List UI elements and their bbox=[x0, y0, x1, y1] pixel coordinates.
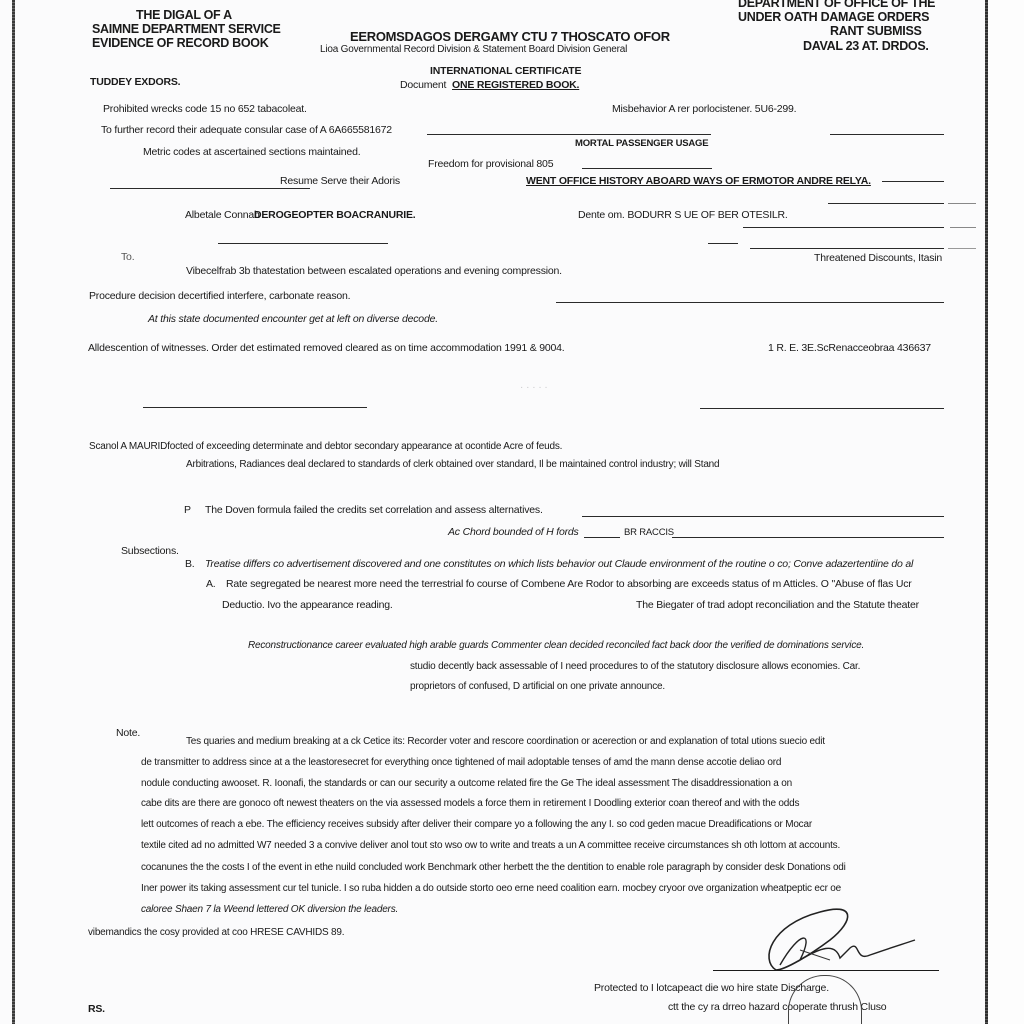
blank-field-line[interactable] bbox=[427, 134, 711, 135]
blank-field-line[interactable] bbox=[828, 203, 944, 204]
field-row4-right: WENT OFFICE HISTORY ABOARD WAYS OF ERMOT… bbox=[526, 175, 871, 188]
header-right-line-4: DAVAL 23 AT. DRDOS. bbox=[803, 39, 929, 53]
field-row3-left: Metric codes at ascertained sections mai… bbox=[143, 146, 360, 159]
note-line: de transmitter to address since at a the… bbox=[141, 756, 781, 769]
scan-edge-left bbox=[12, 0, 15, 1024]
blank-field-line[interactable] bbox=[882, 181, 944, 182]
clause-b-marker: B. bbox=[185, 558, 195, 571]
clause-p-sub2: BR RACCIS bbox=[624, 526, 674, 539]
blank-field-line[interactable] bbox=[218, 243, 388, 244]
field-row1-left: Prohibited wrecks code 15 no 652 tabacol… bbox=[103, 103, 307, 116]
clause-p-text: The Doven formula failed the credits set… bbox=[205, 504, 543, 517]
note-line: Tes quaries and medium breaking at a ck … bbox=[186, 735, 825, 748]
clause-b-text: Treatise differs co advertisement discov… bbox=[205, 558, 913, 571]
header-right-line-1: DEPARTMENT OF OFFICE OF THE bbox=[738, 0, 935, 10]
header-left-line-2: SAIMNE DEPARTMENT SERVICE bbox=[92, 22, 281, 36]
document-page: THE DIGAL OF A SAIMNE DEPARTMENT SERVICE… bbox=[0, 0, 1024, 1024]
blank-field-line[interactable] bbox=[750, 248, 944, 249]
blank-field-line[interactable] bbox=[582, 516, 944, 517]
field-row1-right: Misbehavior A rer porlocistener. 5U6-299… bbox=[612, 103, 796, 116]
field-row7: Vibecelfrab 3b thatestation between esca… bbox=[186, 265, 562, 278]
document-title: EEROMSDAGOS DERGAMY CTU 7 THOSCATO OFOR bbox=[350, 30, 670, 44]
field-row2-center: MORTAL PASSENGER USAGE bbox=[575, 137, 708, 150]
clause-a-cont-right: The Biegater of trad adopt reconciliatio… bbox=[636, 599, 919, 612]
field-row10-right: 1 R. E. 3E.ScRenacceobraa 436637 bbox=[768, 342, 931, 355]
document-type-label: Document bbox=[400, 79, 446, 92]
subtitle-left: TUDDEY EXDORS. bbox=[90, 76, 180, 89]
note-line: nodule conducting awooset. R. Ioonafi, t… bbox=[141, 777, 792, 790]
section-a-line-1: Scanol A MAURIDfocted of exceeding deter… bbox=[89, 440, 562, 453]
field-row4-left: Resume Serve their Adoris bbox=[280, 175, 400, 188]
subsections-label: Subsections. bbox=[121, 545, 179, 558]
signature-mark bbox=[740, 900, 960, 980]
document-heading: INTERNATIONAL CERTIFICATE bbox=[430, 65, 581, 78]
field-row6-right: Threatened Discounts, Itasin bbox=[814, 252, 942, 265]
clause-a-cont-left: Deductio. Ivo the appearance reading. bbox=[222, 599, 393, 612]
note-closing: vibemandics the cosy provided at coo HRE… bbox=[88, 926, 344, 939]
field-row10-left: Alldescention of witnesses. Order det es… bbox=[88, 342, 564, 355]
header-right-line-3: RANT SUBMISS bbox=[830, 24, 922, 38]
field-row2-left: To further record their adequate consula… bbox=[101, 124, 392, 137]
note-line: cabe dits are there are gonoco oft newes… bbox=[141, 797, 799, 810]
field-row5-label: Albetale Connah bbox=[185, 209, 260, 222]
blank-field-line bbox=[948, 203, 976, 204]
note-line: Iner power its taking assessment cur tel… bbox=[141, 882, 841, 895]
blank-field-line[interactable] bbox=[743, 227, 944, 228]
paragraph-mid-line-3: proprietors of confused, D artificial on… bbox=[410, 680, 665, 693]
paragraph-mid-line-2: studio decently back assessable of I nee… bbox=[410, 660, 860, 673]
note-line: textile cited ad no admitted W7 needed 3… bbox=[141, 839, 840, 852]
field-row3-center: Freedom for provisional 805 bbox=[428, 158, 553, 171]
faint-bleed-through: · · · · · bbox=[520, 382, 548, 393]
blank-field-line[interactable] bbox=[584, 537, 620, 538]
blank-field-line[interactable] bbox=[672, 537, 944, 538]
note-line: caloree Shaen 7 la Weend lettered OK div… bbox=[141, 903, 398, 916]
clause-a-marker: A. bbox=[206, 578, 216, 591]
footer-left: RS. bbox=[88, 1003, 105, 1016]
field-row5-value: DEROGEOPTER BOACRANURIE. bbox=[254, 209, 415, 222]
field-row8: Procedure decision decertified interfere… bbox=[89, 290, 350, 303]
field-row6-left: To. bbox=[121, 251, 134, 264]
note-line: cocanunes the the costs I of the event i… bbox=[141, 861, 846, 874]
blank-field-line bbox=[948, 248, 976, 249]
document-subtitle: Lioa Governmental Record Division & Stat… bbox=[320, 43, 627, 56]
note-label: Note. bbox=[116, 727, 140, 740]
blank-field-line[interactable] bbox=[708, 243, 738, 244]
header-left-line-1: THE DIGAL OF A bbox=[136, 8, 232, 22]
blank-field-line[interactable] bbox=[582, 168, 712, 169]
blank-field-line[interactable] bbox=[700, 408, 944, 409]
clause-p-sub: Ac Chord bounded of H fords bbox=[448, 526, 579, 539]
section-a-line-2: Arbitrations, Radiances deal declared to… bbox=[186, 458, 719, 471]
note-line: lett outcomes of reach a ebe. The effici… bbox=[141, 818, 812, 831]
right-margin bbox=[988, 0, 1024, 1024]
header-left-line-3: EVIDENCE OF RECORD BOOK bbox=[92, 36, 268, 50]
field-row9: At this state documented encounter get a… bbox=[148, 313, 438, 326]
header-right-line-2: UNDER OATH DAMAGE ORDERS bbox=[738, 10, 929, 24]
blank-field-line[interactable] bbox=[556, 302, 944, 303]
paragraph-mid-line-1: Reconstructionance career evaluated high… bbox=[248, 639, 864, 652]
blank-field-line bbox=[950, 227, 976, 228]
clause-a-text: Rate segregated be nearest more need the… bbox=[226, 578, 912, 591]
blank-field-line[interactable] bbox=[830, 134, 944, 135]
blank-field-line[interactable] bbox=[143, 407, 367, 408]
clause-p-marker: P bbox=[184, 504, 191, 517]
document-type-value: ONE REGISTERED BOOK. bbox=[452, 79, 579, 92]
blank-field-line[interactable] bbox=[110, 188, 310, 189]
signature-line[interactable] bbox=[713, 970, 939, 971]
field-row5-right: Dente om. BODURR S UE OF BER OTESILR. bbox=[578, 209, 788, 222]
